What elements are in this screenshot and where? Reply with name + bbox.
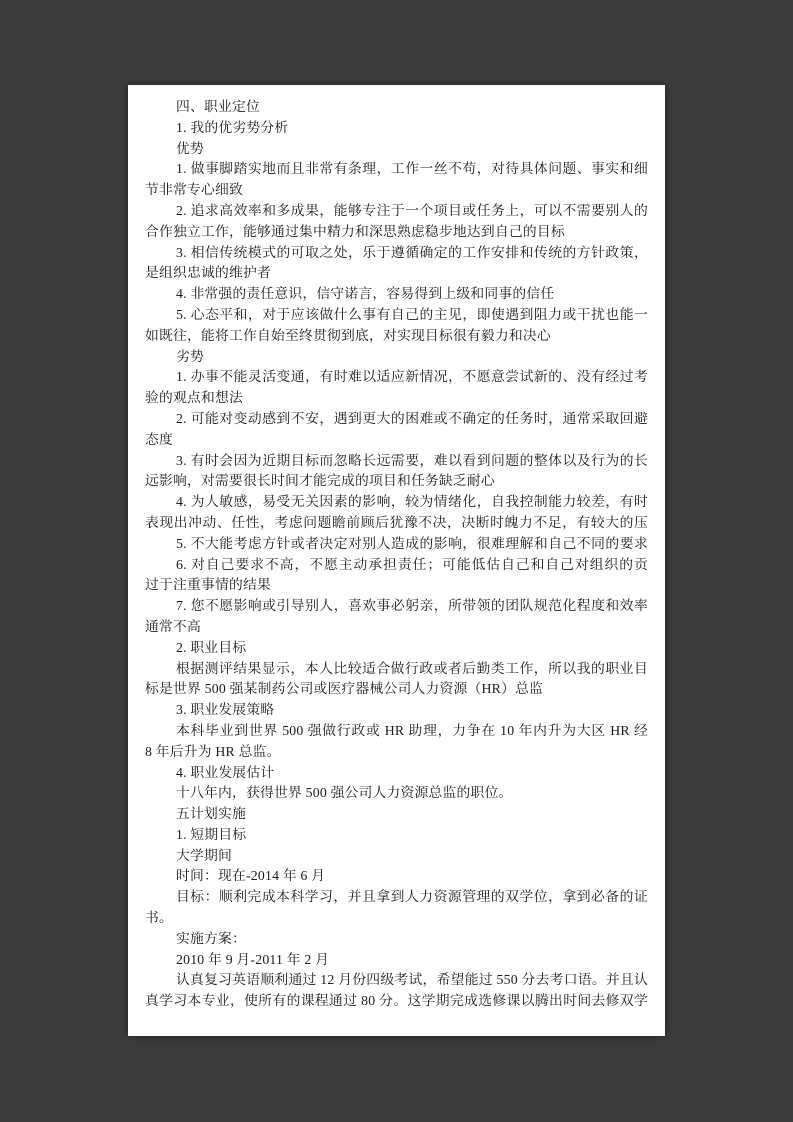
text-line: 4. 非常强的责任意识，信守诺言，容易得到上级和同事的信任: [145, 284, 648, 305]
text-line: 1. 办事不能灵活变通，有时难以适应新情况，不愿意尝试新的、没有经过考: [145, 367, 648, 388]
text-line: 节非常专心细致: [145, 180, 648, 201]
text-line: 2010 年 9 月-2011 年 2 月: [145, 950, 648, 971]
text-line: 根据测评结果显示，本人比较适合做行政或者后勤类工作，所以我的职业目: [145, 659, 648, 680]
text-line: 通常不高: [145, 617, 648, 638]
text-line: 7. 您不愿影响或引导别人，喜欢事必躬亲，所带领的团队规范化程度和效率: [145, 596, 648, 617]
viewer-background: 四、职业定位1. 我的优劣势分析优势1. 做事脚踏实地而且非常有条理，工作一丝不…: [0, 0, 793, 1122]
text-line: 本科毕业到世界 500 强做行政或 HR 助理，力争在 10 年内升为大区 HR…: [145, 721, 648, 742]
text-line: 1. 短期目标: [145, 825, 648, 846]
text-line: 时间：现在-2014 年 6 月: [145, 866, 648, 887]
text-line: 5. 心态平和，对于应该做什么事有自己的主见，即使遇到阻力或干扰也能一: [145, 305, 648, 326]
text-line: 书。: [145, 908, 648, 929]
text-line: 目标：顺利完成本科学习，并且拿到人力资源管理的双学位，拿到必备的证: [145, 887, 648, 908]
text-line: 五计划实施: [145, 804, 648, 825]
text-line: 远影响，对需要很长时间才能完成的项目和任务缺乏耐心: [145, 471, 648, 492]
text-line: 十八年内，获得世界 500 强公司人力资源总监的职位。: [145, 783, 648, 804]
text-line: 劣势: [145, 347, 648, 368]
text-line: 表现出冲动、任性，考虑问题瞻前顾后犹豫不决，决断时魄力不足，有较大的压力: [145, 513, 648, 534]
text-line: 四、职业定位: [145, 97, 648, 118]
text-line: 3. 相信传统模式的可取之处，乐于遵循确定的工作安排和传统的方针政策，: [145, 243, 648, 264]
text-line: 2. 追求高效率和多成果，能够专注于一个项目或任务上，可以不需要别人的: [145, 201, 648, 222]
text-line: 验的观点和想法: [145, 388, 648, 409]
text-line: 2. 职业目标: [145, 638, 648, 659]
text-line: 标是世界 500 强某制药公司或医疗器械公司人力资源（HR）总监: [145, 679, 648, 700]
text-line: 真学习本专业，使所有的课程通过 80 分。这学期完成选修课以腾出时间去修双学: [145, 991, 648, 1012]
text-line: 是组织忠诚的维护者: [145, 263, 648, 284]
text-line: 2. 可能对变动感到不安，遇到更大的困难或不确定的任务时，通常采取回避: [145, 409, 648, 430]
document-text: 四、职业定位1. 我的优劣势分析优势1. 做事脚踏实地而且非常有条理，工作一丝不…: [145, 97, 648, 1012]
text-line: 优势: [145, 139, 648, 160]
text-line: 大学期间: [145, 846, 648, 867]
document-page: 四、职业定位1. 我的优劣势分析优势1. 做事脚踏实地而且非常有条理，工作一丝不…: [128, 85, 665, 1036]
text-line: 4. 职业发展估计: [145, 763, 648, 784]
text-line: 过于注重事情的结果: [145, 575, 648, 596]
text-line: 态度: [145, 430, 648, 451]
text-line: 6. 对自己要求不高，不愿主动承担责任；可能低估自己和自己对组织的贡献，: [145, 555, 648, 576]
text-line: 3. 有时会因为近期目标而忽略长远需要，难以看到问题的整体以及行为的长: [145, 451, 648, 472]
text-line: 5. 不大能考虑方针或者决定对别人造成的影响，很难理解和自己不同的要求: [145, 534, 648, 555]
text-line: 1. 我的优劣势分析: [145, 118, 648, 139]
text-line: 如既往，能将工作自始至终贯彻到底，对实现目标很有毅力和决心: [145, 326, 648, 347]
text-line: 4. 为人敏感，易受无关因素的影响，较为情绪化，自我控制能力较差，有时会: [145, 492, 648, 513]
text-line: 8 年后升为 HR 总监。: [145, 742, 648, 763]
text-line: 合作独立工作，能够通过集中精力和深思熟虑稳步地达到自己的目标: [145, 222, 648, 243]
text-line: 3. 职业发展策略: [145, 700, 648, 721]
text-line: 认真复习英语顺利通过 12 月份四级考试，希望能过 550 分去考口语。并且认: [145, 970, 648, 991]
text-line: 1. 做事脚踏实地而且非常有条理，工作一丝不苟，对待具体问题、事实和细: [145, 159, 648, 180]
text-line: 实施方案：: [145, 929, 648, 950]
